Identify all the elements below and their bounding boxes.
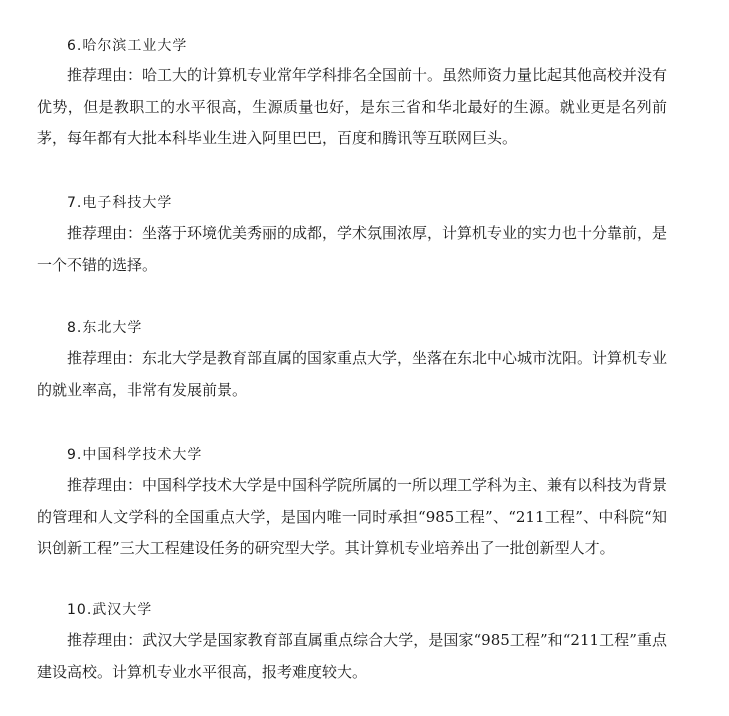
section-body: 推荐理由：哈工大的计算机专业常年学科排名全国前十。虽然师资力量比起其他高校并没有… — [37, 60, 667, 155]
section-heading: 9.中国科学技术大学 — [67, 445, 202, 465]
section-body: 推荐理由：中国科学技术大学是中国科学院所属的一所以理工学科为主、兼有以科技为背景… — [37, 470, 667, 565]
section-heading: 8.东北大学 — [67, 318, 142, 338]
section-body: 推荐理由：武汉大学是国家教育部直属重点综合大学，是国家“985工程”和“211工… — [37, 625, 667, 688]
section-heading: 6.哈尔滨工业大学 — [67, 36, 187, 56]
section-heading: 10.武汉大学 — [67, 600, 152, 620]
section-heading: 7.电子科技大学 — [67, 193, 172, 213]
section-body: 推荐理由：坐落于环境优美秀丽的成都，学术氛围浓厚，计算机专业的实力也十分靠前，是… — [37, 218, 667, 281]
section-body: 推荐理由：东北大学是教育部直属的国家重点大学，坐落在东北中心城市沈阳。计算机专业… — [37, 343, 667, 406]
